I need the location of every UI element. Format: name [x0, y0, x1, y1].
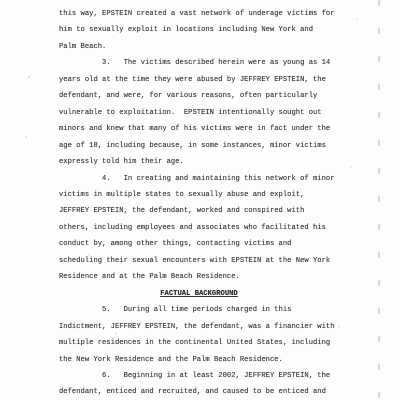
scanned-document-page: this way, EPSTEIN created a vast network… — [0, 0, 400, 400]
document-line: 6. Beginning in at least 2002, JEFFREY E… — [59, 368, 339, 384]
document-line: defendant, enticed and recruited, and ca… — [59, 384, 339, 400]
document-line: 5. During all time periods charged in th… — [59, 302, 339, 318]
document-line: years old at the time they were abused b… — [59, 72, 339, 88]
document-line: expressly told him their age. — [59, 154, 339, 170]
section-heading: FACTUAL BACKGROUND — [59, 286, 339, 302]
document-line: multiple residences in the continental U… — [59, 335, 339, 351]
scan-speck-artifacts — [28, 76, 30, 78]
document-text-column: this way, EPSTEIN created a vast network… — [59, 6, 339, 400]
document-line: minors and knew that many of his victims… — [59, 121, 339, 137]
document-line: 3. The victims described herein were as … — [59, 55, 339, 71]
document-line: this way, EPSTEIN created a vast network… — [59, 6, 339, 22]
document-line: Residence and at the Palm Beach Residenc… — [59, 269, 339, 285]
document-line: age of 18, including because, in some in… — [59, 138, 339, 154]
scan-edge-artifact — [378, 0, 380, 400]
document-line: scheduling their sexual encounters with … — [59, 253, 339, 269]
document-line: victims in multiple states to sexually a… — [59, 187, 339, 203]
document-line: defendant, and were, for various reasons… — [59, 88, 339, 104]
document-line: others, including employees and associat… — [59, 220, 339, 236]
document-line: him to sexually exploit in locations inc… — [59, 22, 339, 38]
document-line: conduct by, among other things, contacti… — [59, 236, 339, 252]
document-line: Indictment, JEFFREY EPSTEIN, the defenda… — [59, 319, 339, 335]
document-line: Palm Beach. — [59, 39, 339, 55]
document-line: 4. In creating and maintaining this netw… — [59, 171, 339, 187]
document-line: vulnerable to exploitation. EPSTEIN inte… — [59, 105, 339, 121]
document-line: the New York Residence and the Palm Beac… — [59, 352, 339, 368]
document-line: JEFFREY EPSTEIN, the defendant, worked a… — [59, 203, 339, 219]
